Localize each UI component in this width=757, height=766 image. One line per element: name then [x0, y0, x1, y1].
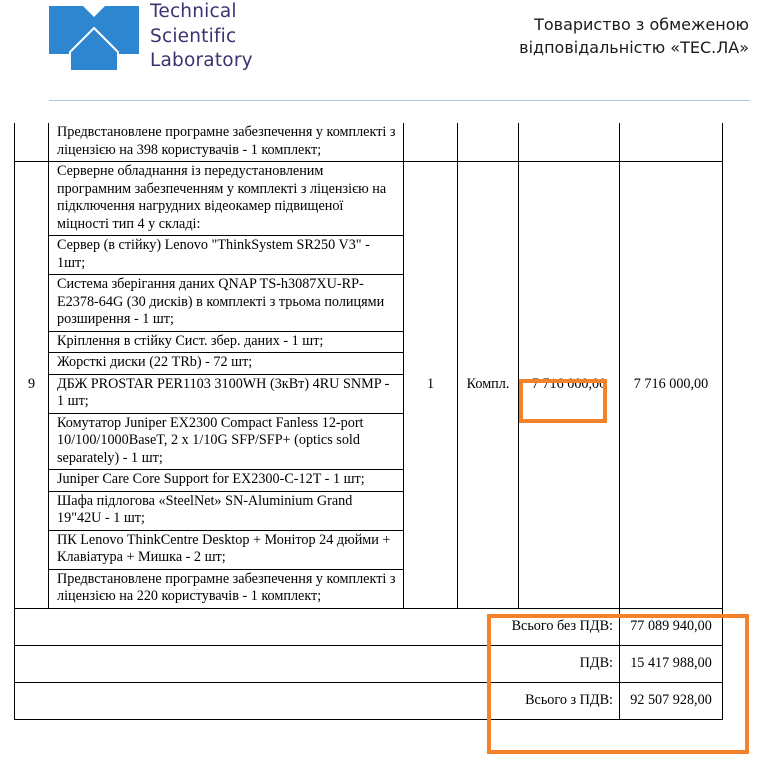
description-subitem: Кріплення в стійку Сист. збер. даних - 1…	[49, 332, 403, 354]
logo-line-3: Laboratory	[150, 49, 253, 74]
description-subitem: ПК Lenovo ThinkCentre Desktop + Монітор …	[49, 531, 403, 570]
logo-line-1: Technical	[150, 0, 253, 25]
description-subitem: Шафа підлогова «SteelNet» SN-Aluminium G…	[49, 492, 403, 531]
row-number: 9	[15, 162, 49, 609]
logo-wordmark: Technical Scientific Laboratory	[150, 0, 253, 74]
description-subitem: Жорсткі диски (22 TRb) - 72 шт;	[49, 353, 403, 375]
sum-cell-empty	[620, 123, 723, 162]
price-highlight-box	[519, 379, 607, 423]
description-subitem: Juniper Care Core Support for EX2300-C-1…	[49, 470, 403, 492]
header-divider	[49, 100, 750, 101]
company-line-1: Товариство з обмеженою	[519, 13, 749, 36]
unit-cell: Компл.	[458, 162, 519, 609]
row-number-empty	[15, 123, 49, 162]
description-subitem: Комутатор Juniper EX2300 Compact Fanless…	[49, 414, 403, 471]
price-cell-empty	[519, 123, 620, 162]
description-cell: Серверне обладнання із передустановленим…	[49, 162, 404, 609]
table-row-item-9: 9 Серверне обладнання із передустановлен…	[15, 162, 723, 609]
quantity-cell: 1	[404, 162, 458, 609]
company-name: Товариство з обмеженою відповідальністю …	[519, 13, 749, 59]
description-subitem: Серверне обладнання із передустановленим…	[49, 162, 403, 236]
sum-cell: 7 716 000,00	[620, 162, 723, 609]
unit-cell-empty	[458, 123, 519, 162]
company-line-2: відповідальністю «ТЕС.ЛА»	[519, 36, 749, 59]
table-row-continued: Предвстановлене програмне забезпечення у…	[15, 123, 723, 162]
description-subitem: Предвстановлене програмне забезпечення у…	[49, 570, 403, 608]
description-subitem: Сервер (в стійку) Lenovo "ThinkSystem SR…	[49, 236, 403, 275]
description-cell: Предвстановлене програмне забезпечення у…	[49, 123, 404, 162]
totals-highlight-box	[487, 614, 749, 754]
logo-line-2: Scientific	[150, 25, 253, 50]
description-subitem: Предвстановлене програмне забезпечення у…	[49, 123, 403, 161]
description-subitem: ДБЖ PROSTAR PER1103 3100WH (3кВт) 4RU SN…	[49, 375, 403, 414]
tsl-logo-icon	[49, 3, 139, 71]
description-subitem: Система зберігання даних QNAP TS-h3087XU…	[49, 275, 403, 332]
quantity-cell-empty	[404, 123, 458, 162]
